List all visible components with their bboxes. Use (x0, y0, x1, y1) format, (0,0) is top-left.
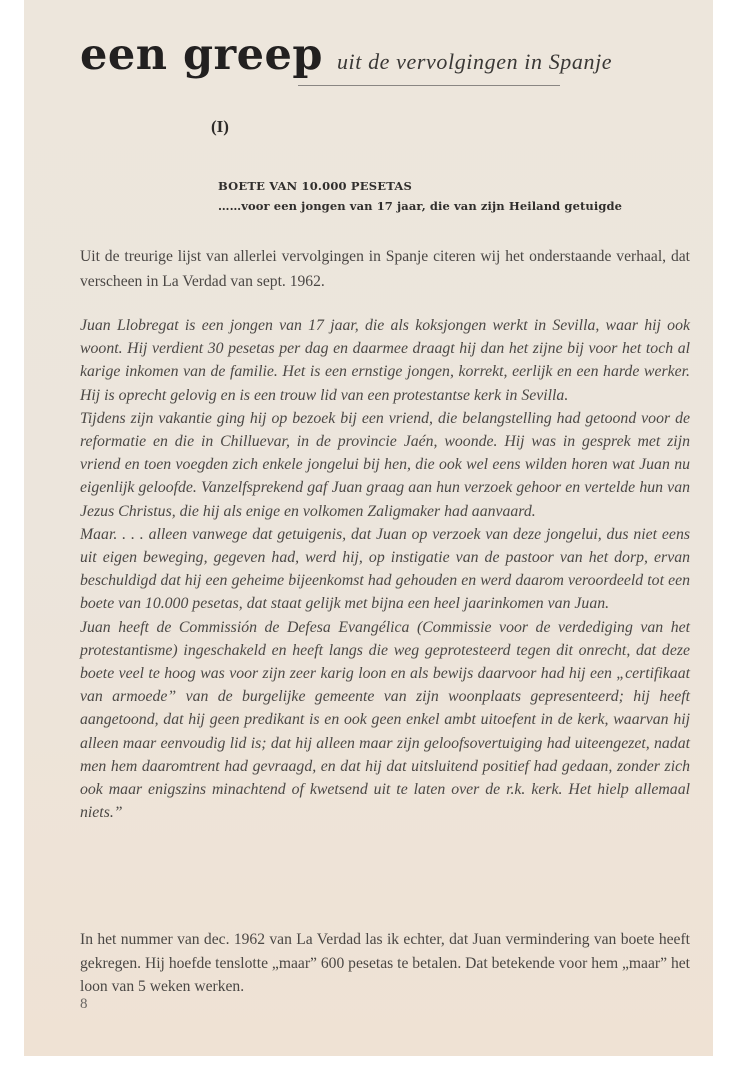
article-title: een greepuit de vervolgingen in Spanje (80, 30, 612, 80)
title-subtitle: uit de vervolgingen in Spanje (337, 49, 612, 74)
closing-paragraph: In het nummer van dec. 1962 van La Verda… (80, 928, 690, 999)
closing-text: In het nummer van dec. 1962 van La Verda… (80, 928, 690, 999)
quoted-story: Juan Llobregat is een jongen van 17 jaar… (80, 314, 690, 824)
section-headline: BOETE VAN 10.000 PESETAS (218, 179, 412, 193)
intro-text: Uit de treurige lijst van allerlei vervo… (80, 244, 690, 294)
quote-paragraph: Juan Llobregat is een jongen van 17 jaar… (80, 314, 690, 407)
title-divider (298, 85, 560, 86)
page-number: 8 (80, 996, 88, 1013)
section-subheadline: ……voor een jongen van 17 jaar, die van z… (218, 199, 622, 213)
title-main: een greep (80, 30, 323, 80)
quote-paragraph: Juan heeft de Commissión de Defesa Evang… (80, 616, 690, 825)
quote-paragraph: Tijdens zijn vakantie ging hij op bezoek… (80, 407, 690, 523)
part-number: (I) (211, 117, 229, 137)
quote-paragraph: Maar. . . . alleen vanwege dat getuigeni… (80, 523, 690, 616)
intro-paragraph: Uit de treurige lijst van allerlei vervo… (80, 244, 690, 294)
